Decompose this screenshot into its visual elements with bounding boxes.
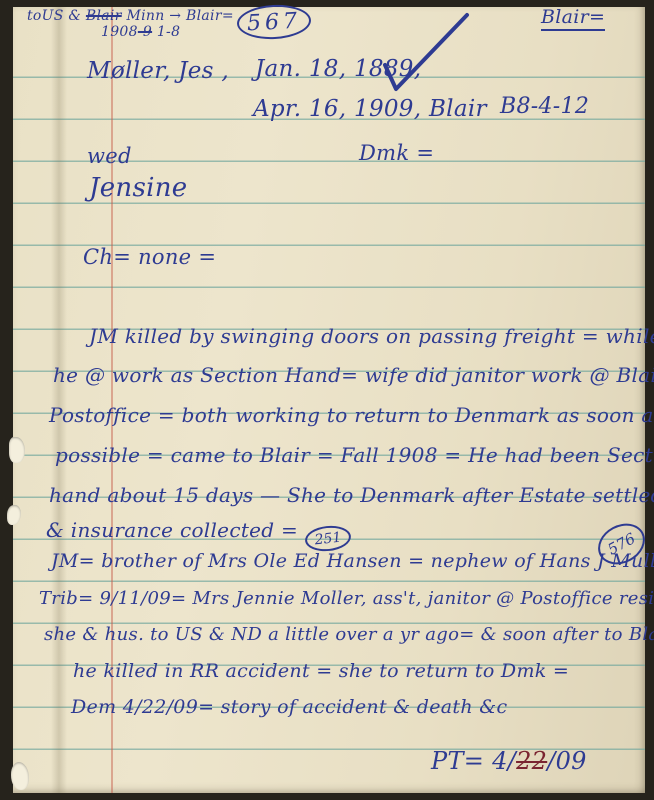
checkmark-icon	[379, 7, 475, 99]
page-number-badge: 567	[236, 3, 312, 41]
top-left-annotation-line2: 1908-9 1-8	[101, 24, 180, 40]
page-edge-crease	[51, 7, 67, 793]
top-left-annotation-line1: toUS & Blair Minn → Blair=	[27, 8, 234, 24]
annotation-text: 1-8	[152, 24, 180, 40]
annotation-text: 1908	[101, 24, 138, 40]
note-line: JM killed by swinging doors on passing f…	[89, 324, 654, 348]
immigration-line: she & hus. to US & ND a little over a yr…	[44, 624, 654, 645]
punch-hole	[9, 437, 25, 463]
origin-country: Dmk =	[359, 141, 434, 165]
pt-text: PT= 4/	[431, 747, 516, 775]
pt-text: /09	[547, 747, 587, 775]
struck-text: -9	[138, 24, 152, 40]
annotation-text: toUS &	[27, 8, 86, 24]
top-right-place: Blair=	[541, 6, 605, 28]
note-line: he @ work as Section Hand= wife did jani…	[53, 363, 654, 387]
birth-date: Jan. 18, 1889,	[255, 56, 421, 82]
wed-label: wed	[87, 144, 132, 168]
relation-line: JM= brother of Mrs Ole Ed Hansen = nephe…	[51, 550, 654, 572]
democrat-citation-line: Dem 4/22/09= story of accident & death &…	[71, 696, 507, 718]
note-line: possible = came to Blair = Fall 1908 = H…	[55, 443, 654, 467]
pt-date-line: PT= 4/22/09	[431, 747, 587, 775]
annotation-text: Minn → Blair=	[122, 8, 234, 24]
surname-given-name: Møller, Jes ,	[87, 58, 229, 84]
note-line: Postoffice = both working to return to D…	[49, 403, 654, 427]
scanned-notebook-page: toUS & Blair Minn → Blair= 1908-9 1-8 56…	[0, 0, 654, 800]
note-line: hand about 15 days — She to Denmark afte…	[49, 483, 654, 507]
accident-line: he killed in RR accident = she to return…	[73, 660, 569, 682]
spouse-name: Jensine	[89, 173, 187, 203]
note-line: & insurance collected =	[46, 518, 298, 542]
children-line: Ch= none =	[83, 245, 216, 269]
cross-ref-badge: 251	[304, 524, 352, 554]
struck-word: Blair	[86, 8, 122, 24]
punch-hole	[7, 505, 21, 525]
place-label: Blair=	[541, 6, 605, 31]
cemetery-plot-ref: B8-4-12	[500, 94, 589, 119]
tribune-citation-line: Trib= 9/11/09= Mrs Jennie Moller, ass't,…	[39, 588, 654, 609]
notebook-paper: toUS & Blair Minn → Blair= 1908-9 1-8 56…	[13, 7, 645, 793]
cross-ref-number: 251	[314, 529, 342, 548]
death-date-place: Apr. 16, 1909, Blair	[253, 96, 487, 122]
struck-date-number: 22	[516, 747, 547, 775]
punch-hole	[11, 762, 29, 790]
page-number: 567	[246, 8, 301, 36]
cross-ref-number: 576	[605, 529, 639, 558]
